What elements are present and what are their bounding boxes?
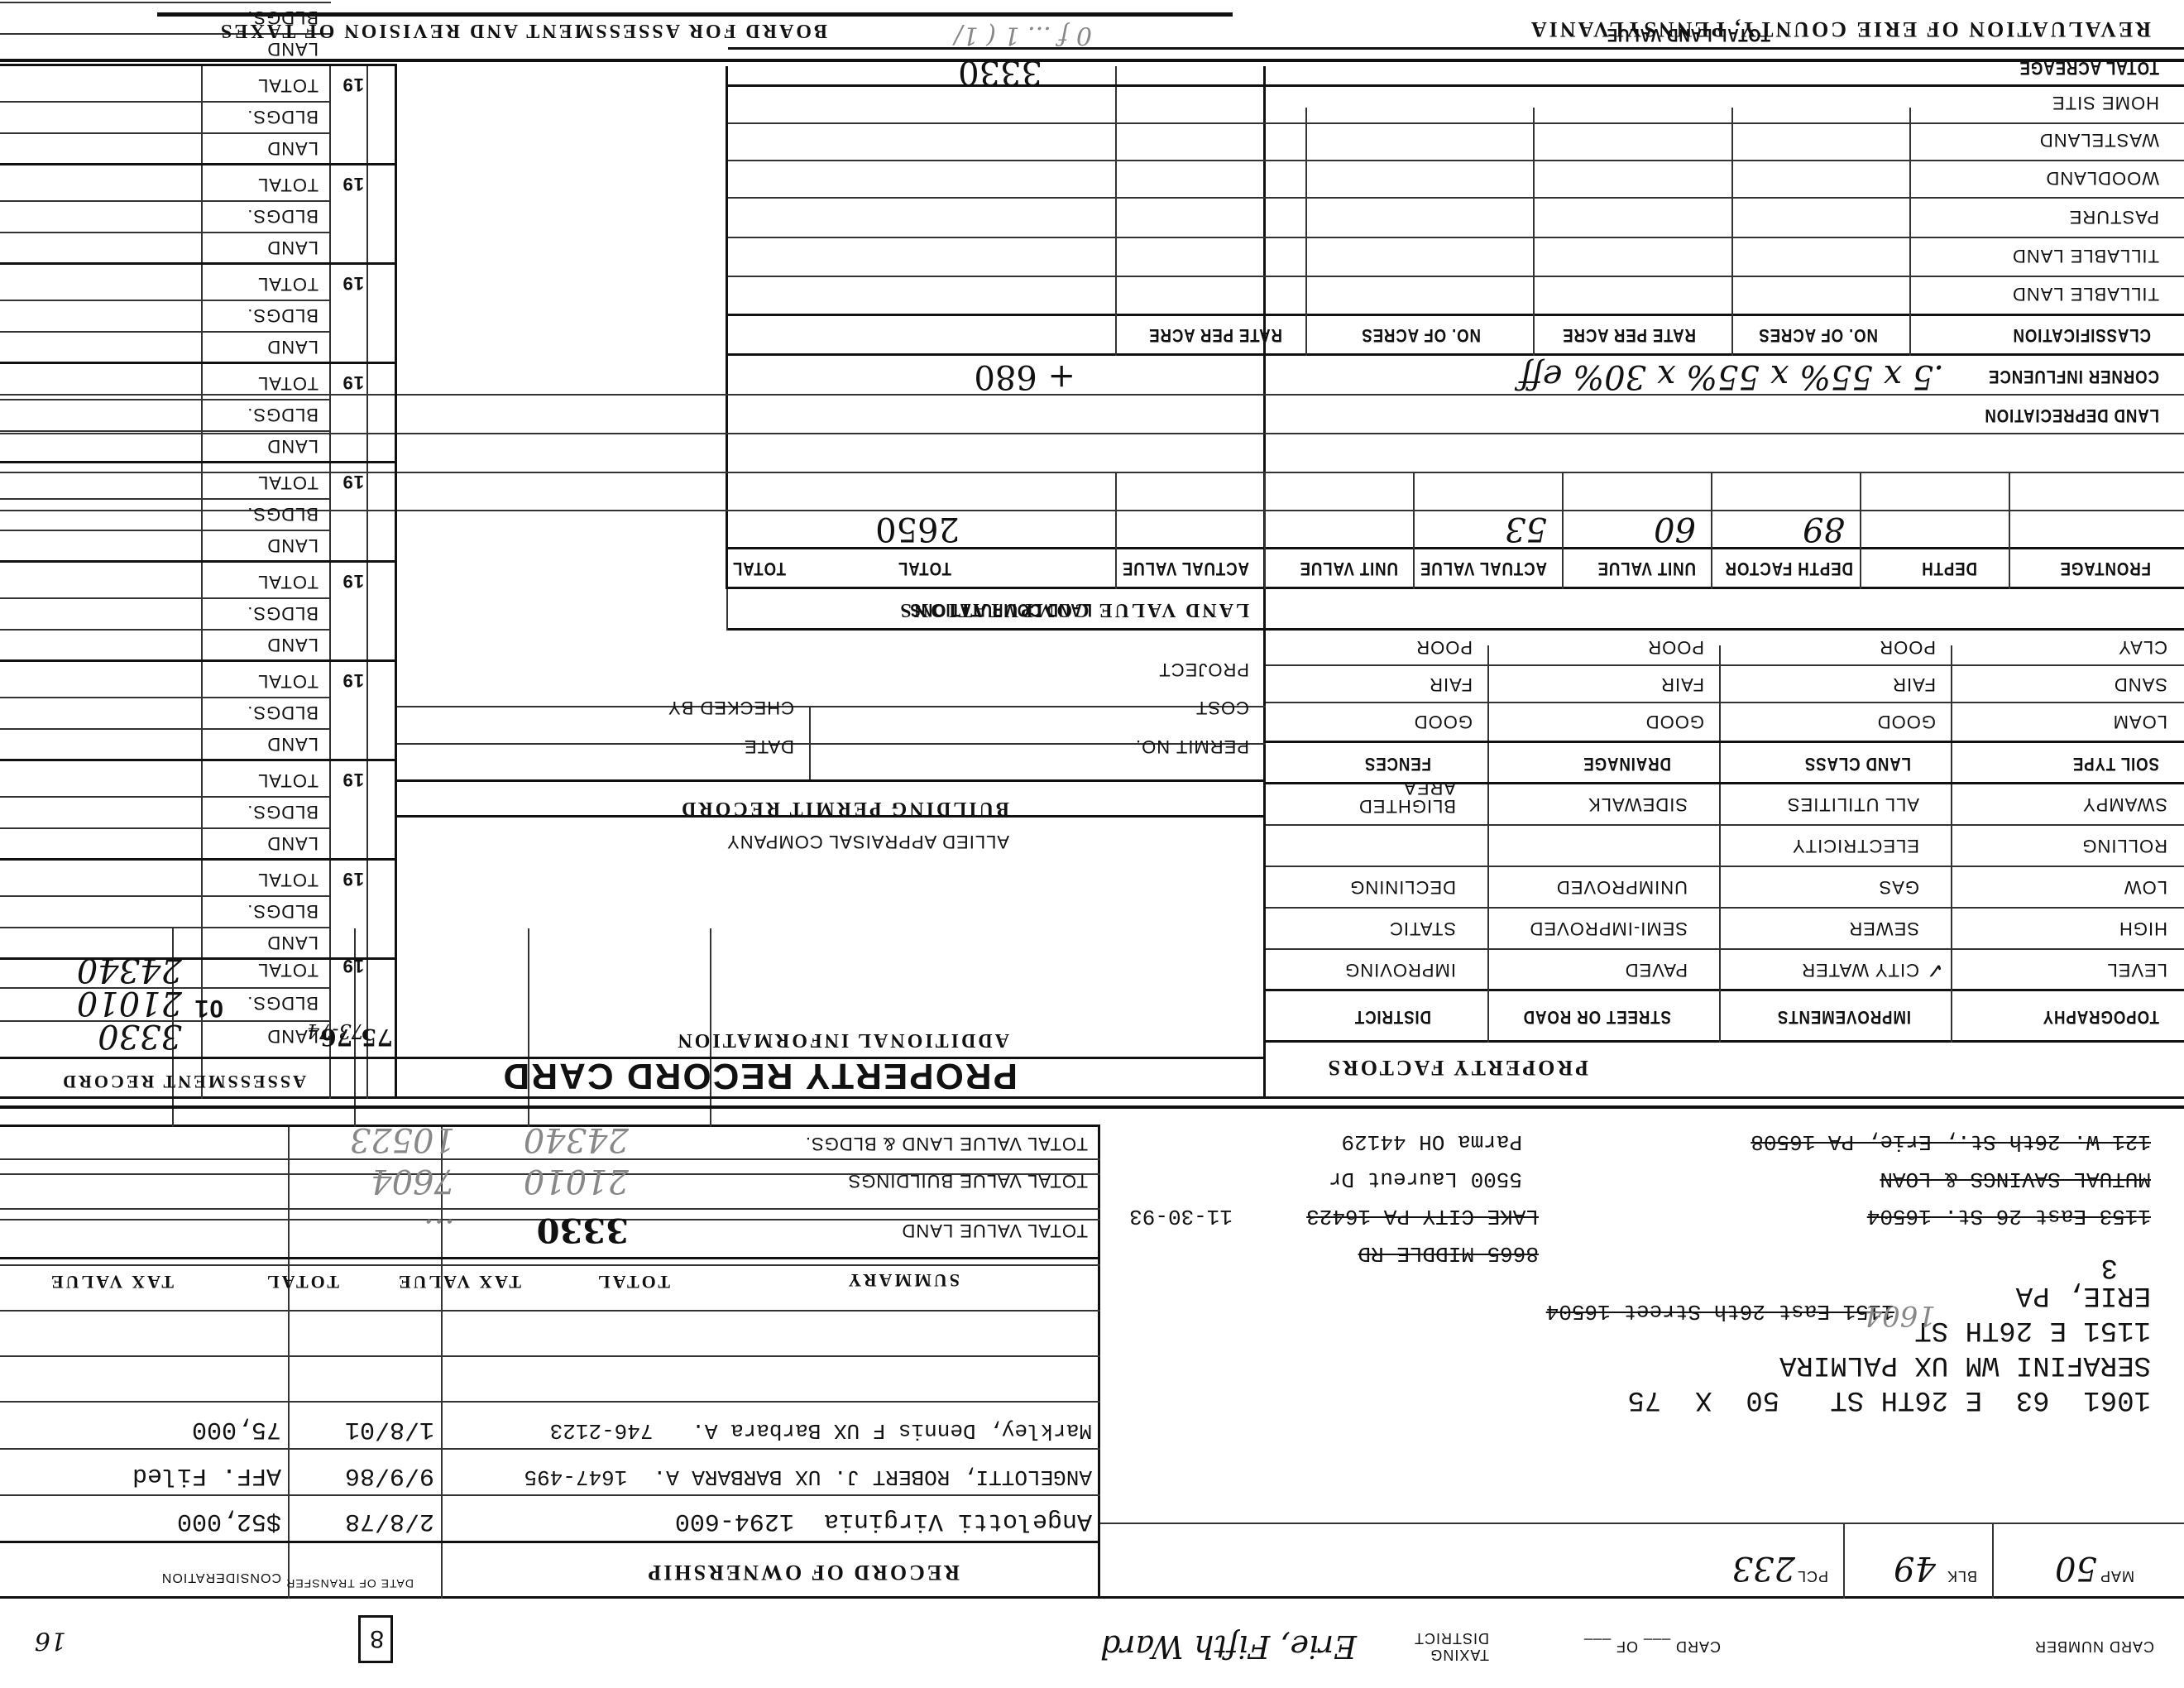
project-label: PROJECT xyxy=(1158,659,1249,680)
land-depreciation-label: LAND DEPRECIATION xyxy=(1984,405,2159,426)
land-computations-label: LAND COMPUTATIONS xyxy=(910,599,1092,621)
corner-influence-calc: .5 x 55% x 55% x 30% eff xyxy=(1519,357,1944,396)
additional-info-title: ADDITIONAL INFORMATION xyxy=(675,1029,1009,1051)
header-right-title: BOARD FOR ASSESSMENT AND REVISION OF TAX… xyxy=(218,19,827,41)
struck-address: 1151 East 26th Street 16504 xyxy=(1546,1299,1894,1324)
card-number-label: CARD NUMBER xyxy=(2034,1638,2154,1655)
acreage-header: CLASSIFICATION NO. OF ACRES RATE PER ACR… xyxy=(728,316,2184,356)
struck-address: 8665 MIDDLE RD xyxy=(1358,1241,1539,1266)
property-factors-title: PROPERTY FACTORS xyxy=(1326,1055,1588,1080)
appraisal-company: ALLIED APPRAISAL COMPANY xyxy=(726,831,1009,852)
property-city: ERIE, PA xyxy=(2016,1279,2151,1311)
ownership-consideration-col: CONSIDERATION xyxy=(161,1570,281,1585)
map-label: MAP xyxy=(2100,1567,2134,1585)
factors-header: TOPOGRAPHY IMPROVEMENTS STREET OR ROAD D… xyxy=(1266,991,2184,1043)
ownership-title: RECORD OF OWNERSHIP xyxy=(645,1560,960,1585)
card-box: 8 xyxy=(358,1615,393,1663)
blk-value: 49 xyxy=(1894,1549,1936,1587)
property-line1: 1061 63 E 26TH ST 50 X 75 xyxy=(1627,1383,2151,1415)
date-note: 11-30-93 xyxy=(1129,1204,1233,1229)
pcl-value: 233 xyxy=(1732,1549,1795,1587)
header-left-title: REVALUATION OF ERIE COUNTY, PENNSYLVANIA xyxy=(1529,17,2151,41)
checked-by-label: CHECKED BY xyxy=(668,697,794,718)
blk-label: BLK xyxy=(1947,1567,1977,1585)
handwritten-id: 1604 xyxy=(1864,1299,1936,1332)
current-address-2: Parma OH 44129 xyxy=(1342,1129,1522,1154)
struck-address: MUTUAL SAVINGS & LOAN xyxy=(1880,1167,2151,1192)
property-street: 1151 E 26TH ST xyxy=(1914,1314,2151,1345)
property-record-card: CARD NUMBER CARD ___ OF ___ TAXING DISTR… xyxy=(0,0,2184,1688)
current-address-1: 5500 Laureut Dr xyxy=(1329,1167,1522,1192)
taxing-district-value: Erie, Fifth Ward xyxy=(1100,1628,1357,1665)
permit-no-label: PERMIT NO. xyxy=(1135,736,1249,757)
header-handwritten-note: 0 f ... 1 ( 1/ xyxy=(955,21,1092,50)
ownership-date-col: DATE OF TRANSFER xyxy=(285,1577,414,1590)
land-value-header: FRONTAGE DEPTH DEPTH FACTOR UNIT VALUE A… xyxy=(0,549,2184,589)
struck-address: 1153 East 26 St. 16504 xyxy=(1867,1204,2151,1229)
corner-influence-label: CORNER INFLUENCE xyxy=(1988,366,2159,387)
struck-address: 121 W. 26th St., Erie, PA 16508 xyxy=(1751,1129,2151,1154)
cost-label: COST xyxy=(1195,697,1249,718)
card-of-label: CARD ___ OF ___ xyxy=(1583,1638,1721,1655)
permit-date-label: DATE xyxy=(744,736,794,757)
assessment-title: ASSESSMENT RECORD xyxy=(60,1071,306,1092)
taxing-district-label: TAXING DISTRICT xyxy=(1390,1630,1489,1663)
card-title: PROPERTY RECORD CARD xyxy=(502,1055,1018,1096)
property-line5: 3 xyxy=(2101,1251,2118,1283)
struck-address: LAKE CITY PA 16423 xyxy=(1306,1204,1539,1229)
property-owner: SERAFINI WM UX PALMIRA xyxy=(1779,1349,2151,1380)
map-value: 50 xyxy=(2055,1549,2097,1587)
pcl-label: PCL xyxy=(1797,1567,1828,1585)
corner-influence-value: + 680 xyxy=(974,357,1075,396)
corner-mark: 16 xyxy=(35,1626,66,1655)
check-mark-icon: ✓ xyxy=(1925,957,1944,983)
factors-header-2: SOIL TYPE LAND CLASS DRAINAGE FENCES xyxy=(1266,743,2184,784)
